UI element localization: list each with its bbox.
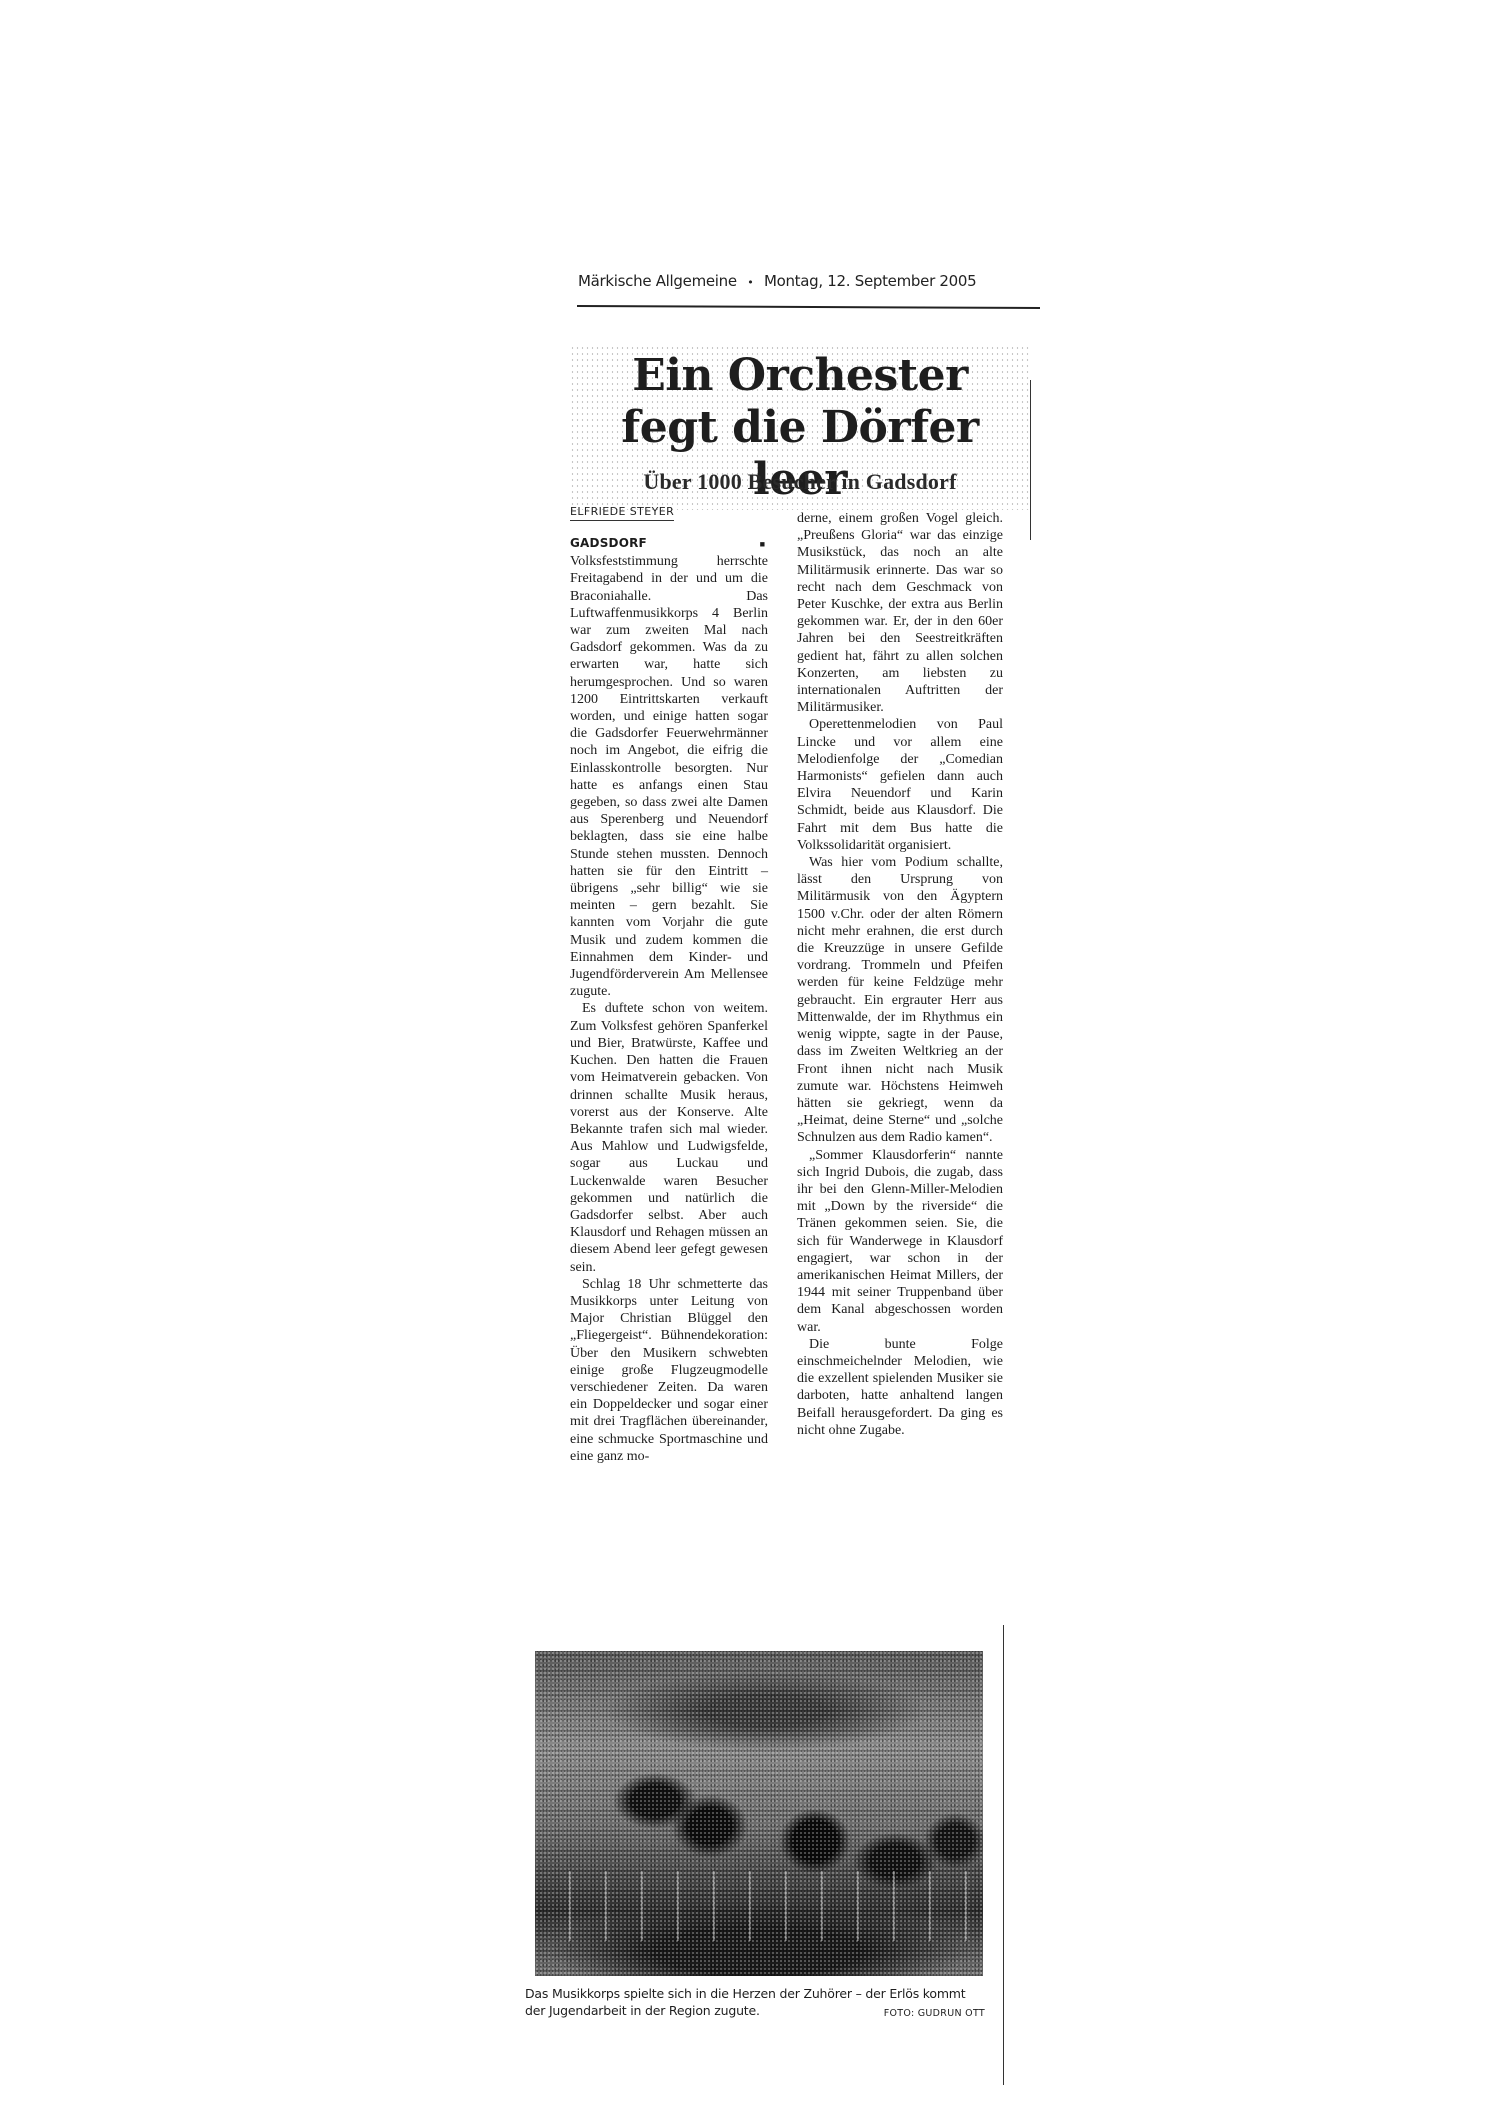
publication-name: Märkische Allgemeine (578, 272, 737, 290)
author-byline: ELFRIEDE STEYER (570, 505, 674, 521)
photo-music-stands (535, 1871, 983, 1941)
masthead: Märkische Allgemeine • Montag, 12. Septe… (578, 272, 976, 290)
paragraph: GADSDORF■ Volksfeststimmung herrschte Fr… (570, 535, 768, 1000)
headline-line-1: Ein Orchester (632, 350, 968, 401)
paragraph: Die bunte Folge einschmeichelnder Melodi… (797, 1336, 1003, 1439)
paragraph: Was hier vom Podium schallte, lässt den … (797, 854, 1003, 1146)
masthead-rule (577, 305, 1040, 309)
paragraph: Schlag 18 Uhr schmetterte das Musikkorps… (570, 1276, 768, 1465)
separator-bullet: • (747, 276, 753, 289)
paragraph: „Sommer Klausdorferin“ nannte sich Ingri… (797, 1147, 1003, 1336)
column-rule-right-top (1030, 380, 1031, 540)
publication-date: Montag, 12. September 2005 (764, 272, 976, 290)
scanned-newspaper-page: Märkische Allgemeine • Montag, 12. Septe… (0, 0, 1496, 2116)
paragraph: Es duftete schon von weitem. Zum Volksfe… (570, 1000, 768, 1275)
dateline: GADSDORF (570, 536, 647, 550)
subheadline: Über 1000 Besucher in Gadsdorf (575, 469, 1025, 495)
article-photo (535, 1651, 983, 1976)
article-column-2: derne, einem großen Vogel gleich. „Preuß… (797, 510, 1003, 1439)
photo-credit: FOTO: GUDRUN OTT (884, 2005, 985, 2022)
column-rule-right-bottom (1003, 1625, 1004, 2085)
paragraph-text: Volksfeststimmung herrschte Freitagabend… (570, 554, 768, 999)
article-column-1: GADSDORF■ Volksfeststimmung herrschte Fr… (570, 535, 768, 1465)
dateline-square-icon: ■ (650, 539, 765, 549)
photo-caption: Das Musikkorps spielte sich in die Herze… (525, 1985, 985, 2022)
paragraph: Operettenmelodien von Paul Lincke und vo… (797, 716, 1003, 854)
paragraph: derne, einem großen Vogel gleich. „Preuß… (797, 510, 1003, 716)
